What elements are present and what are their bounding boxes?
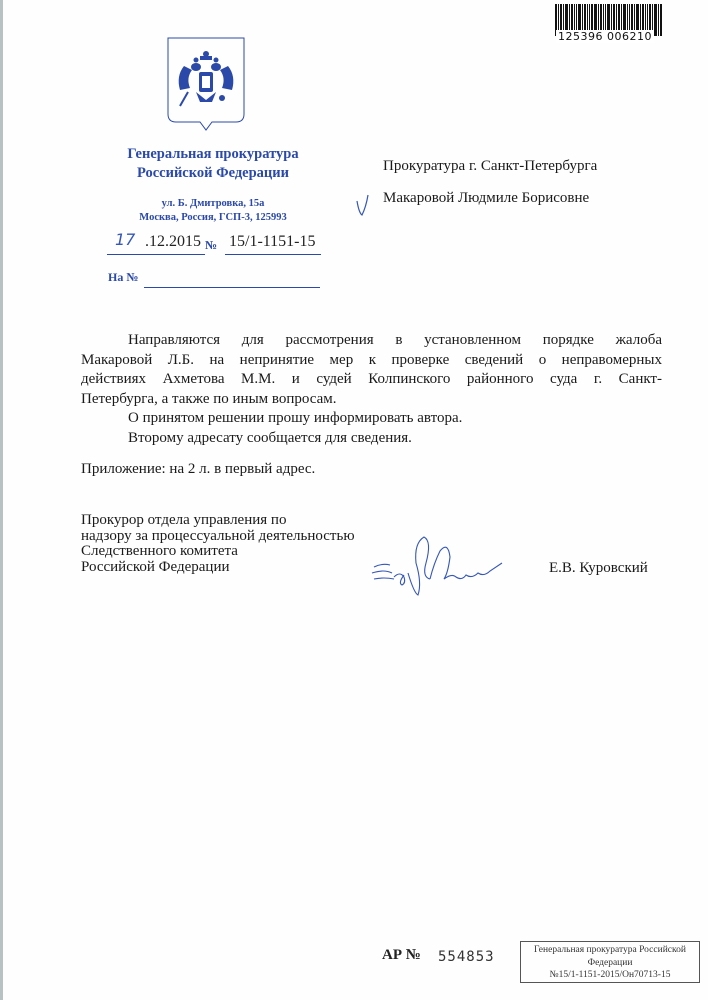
body-line: действиях Ахметова М.М. и судей Колпинск… [81,370,662,390]
addressee-1: Прокуратура г. Санкт-Петербурга [383,158,597,175]
letter-body: Направляются для рассмотрения в установл… [81,331,662,449]
stamp-line: Генеральная прокуратура Российской [521,944,699,957]
reply-to-label: На № [108,270,138,285]
body-paragraph-3: Второму адресату сообщается для сведения… [81,429,662,449]
reply-to-underline [144,287,320,288]
registration-stamp: Генеральная прокуратура Российской Федер… [520,941,700,983]
org-address-line1: ул. Б. Дмитровка, 15а [110,197,316,211]
body-paragraph-2: О принятом решении прошу информировать а… [81,409,662,429]
date-text: .12.2015 [145,233,201,251]
barcode-digits: 125396 006210 [556,30,654,43]
handwritten-day: 17 [115,230,135,249]
body-line: Макаровой Л.Б. на непринятие мер к прове… [81,351,662,371]
body-line: Направляются для рассмотрения в установл… [81,331,662,351]
stamp-line: Федерации [521,957,699,970]
org-name-line2: Российской Федерации [110,164,316,183]
ap-number: 554853 [438,949,495,965]
signature-icon [368,533,508,598]
attachment-note: Приложение: на 2 л. в первый адрес. [81,461,315,478]
letterhead-org: Генеральная прокуратура Российской Федер… [110,145,316,225]
ap-label: АР № [382,947,421,964]
date-underline [107,254,205,255]
number-underline [225,254,321,255]
signer-title-line: надзору за процессуальной деятельностью [81,529,355,545]
signer-title-line: Прокурор отдела управления по [81,513,355,529]
reply-reference: На № [108,270,322,290]
org-address-line2: Москва, Россия, ГСП-3, 125993 [110,211,316,225]
signer-title: Прокурор отдела управления по надзору за… [81,513,355,575]
handwritten-check-icon [356,193,370,217]
stamp-line: №15/1-1151-2015/Он70713-15 [521,969,699,982]
addressee-2: Макаровой Людмиле Борисовне [383,190,589,207]
date-number-line: 17 .12.2015 № 15/1-1151-15 [107,232,320,254]
scan-edge [0,0,3,1000]
signer-title-line: Российской Федерации [81,560,355,576]
signer-name: Е.В. Куровский [549,560,648,577]
number-label: № [205,238,217,253]
barcode: 125396 006210 [552,4,704,46]
outgoing-number: 15/1-1151-15 [229,233,316,251]
body-line: Петербурга, а также по иным вопросам. [81,390,662,410]
coat-of-arms-icon [166,36,246,136]
org-name-line1: Генеральная прокуратура [110,145,316,164]
signer-title-line: Следственного комитета [81,544,355,560]
